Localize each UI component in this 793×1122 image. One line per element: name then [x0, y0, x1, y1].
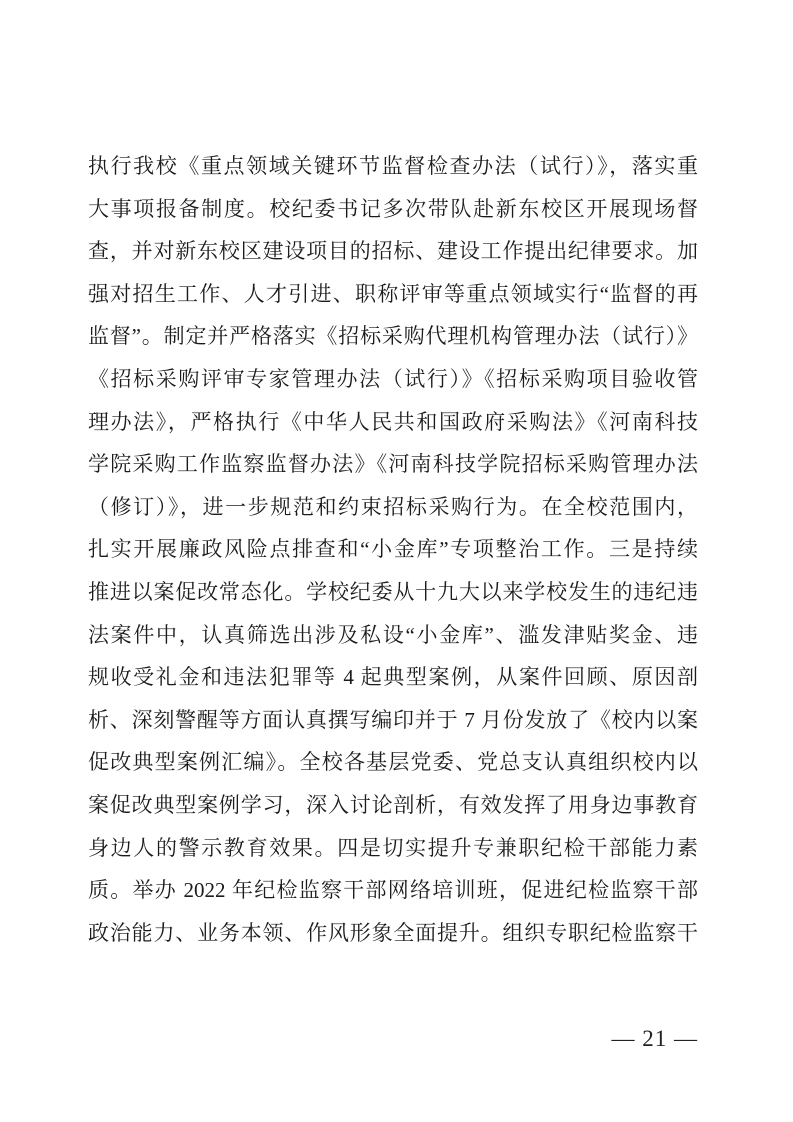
text-line: 推进以案促改常态化。学校纪委从十九大以来学校发生的违纪违 — [88, 571, 698, 614]
text-line: 案促改典型案例学习，深入讨论剖析，有效发挥了用身边事教育 — [88, 784, 698, 827]
document-body: 执行我校《重点领域关键环节监督检查办法（试行）》，落实重 大事项报备制度。校纪委… — [88, 145, 698, 954]
text-line: 大事项报备制度。校纪委书记多次带队赴新东校区开展现场督 — [88, 188, 698, 231]
text-line: 《招标采购评审专家管理办法（试行）》《招标采购项目验收管 — [88, 358, 698, 401]
text-line: 执行我校《重点领域关键环节监督检查办法（试行）》，落实重 — [88, 145, 698, 188]
text-line: 身边人的警示教育效果。四是切实提升专兼职纪检干部能力素 — [88, 827, 698, 870]
text-line: 质。举办 2022 年纪检监察干部网络培训班，促进纪检监察干部 — [88, 869, 698, 912]
text-line: 规收受礼金和违法犯罪等 4 起典型案例，从案件回顾、原因剖 — [88, 656, 698, 699]
document-page: 执行我校《重点领域关键环节监督检查办法（试行）》，落实重 大事项报备制度。校纪委… — [0, 0, 793, 1122]
text-line: 法案件中，认真筛选出涉及私设“小金库”、滥发津贴奖金、违 — [88, 614, 698, 657]
text-line: 促改典型案例汇编》。全校各基层党委、党总支认真组织校内以 — [88, 741, 698, 784]
text-line: 扎实开展廉政风险点排查和“小金库”专项整治工作。三是持续 — [88, 528, 698, 571]
text-line: 理办法》，严格执行《中华人民共和国政府采购法》《河南科技 — [88, 401, 698, 444]
page-number: — 21 — — [612, 1026, 699, 1052]
text-line: 政治能力、业务本领、作风形象全面提升。组织专职纪检监察干 — [88, 912, 698, 955]
text-line: 析、深刻警醒等方面认真撰写编印并于 7 月份发放了《校内以案 — [88, 699, 698, 742]
text-line: 查，并对新东校区建设项目的招标、建设工作提出纪律要求。加 — [88, 230, 698, 273]
text-line: 监督”。制定并严格落实《招标采购代理机构管理办法（试行）》 — [88, 315, 698, 358]
text-line: 强对招生工作、人才引进、职称评审等重点领域实行“监督的再 — [88, 273, 698, 316]
text-line: （修订）》，进一步规范和约束招标采购行为。在全校范围内， — [88, 486, 698, 529]
text-line: 学院采购工作监察监督办法》《河南科技学院招标采购管理办法 — [88, 443, 698, 486]
